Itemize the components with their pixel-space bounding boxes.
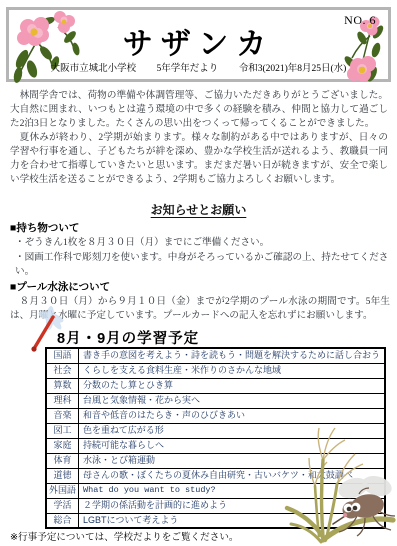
schedule-title: 8月・9月の学習予定 <box>57 327 199 348</box>
content-cell: ２学期の係活動を計画的に進めよう <box>79 498 386 513</box>
notice-heading: お知らせとお願い <box>0 201 397 218</box>
subject-cell: 学活 <box>46 498 79 513</box>
content-cell: 持続可能な暮らしへ <box>79 438 386 453</box>
subject-cell: 外国語 <box>46 483 79 498</box>
table-row: 総合 LGBTについて考えよう <box>46 513 385 528</box>
content-cell: 母さんの歌・ぼくたちの夏休み自由研究・古いバケツ・和太鼓調べ <box>79 468 386 483</box>
header-subline: 大阪市立城北小学校 5年学年だより 令和3(2021)年8月25日(水) <box>9 60 388 74</box>
newsletter-name: 5年学年だより <box>157 60 219 74</box>
subject-cell: 算数 <box>46 378 79 393</box>
content-cell: What do you want to study? <box>79 483 386 498</box>
belongings-line-1: ・ぞうきん1枚を８月３０日（月）までにご準備ください。 <box>10 236 390 251</box>
content-cell: 和音や低音のはたらき・声のひびきあい <box>79 408 386 423</box>
schedule-table: 国語 書き手の意図を考えよう・詩を読もう・問題を解決するために話し合おう 社会 … <box>45 347 386 529</box>
table-row: 道徳 母さんの歌・ぼくたちの夏休み自由研究・古いバケツ・和太鼓調べ <box>46 468 385 483</box>
subject-cell: 家庭 <box>46 438 79 453</box>
table-row: 理科 台風と気象情報・花から実へ <box>46 393 385 408</box>
content-cell: くらしを支える食料生産・米作りのさかんな地域 <box>79 363 386 378</box>
pool-paragraph: ８月３０日（月）から９月１０日（金）までが2学期のプール水泳の期間です。5年生は… <box>10 295 390 324</box>
content-cell: 台風と気象情報・花から実へ <box>79 393 386 408</box>
intro-text: 林間学舎では、荷物の準備や体調管理等、ご協力いただきありがとうございました。大自… <box>10 89 388 187</box>
content-cell: 書き手の意図を考えよう・詩を読もう・問題を解決するために話し合おう <box>79 348 386 363</box>
table-row: 国語 書き手の意図を考えよう・詩を読もう・問題を解決するために話し合おう <box>46 348 385 363</box>
content-cell: 水泳・とび箱運動 <box>79 453 386 468</box>
table-row: 社会 くらしを支える食料生産・米作りのさかんな地域 <box>46 363 385 378</box>
notice-sections: ■持ち物ついて ・ぞうきん1枚を８月３０日（月）までにご準備ください。 ・図画工… <box>10 221 390 324</box>
school-name: 大阪市立城北小学校 <box>51 60 137 74</box>
footer-note: ※行事予定については、学校だよりをご覧ください。 <box>10 529 239 543</box>
table-row: 体育 水泳・とび箱運動 <box>46 453 385 468</box>
newsletter-title: サザンカ <box>9 19 388 63</box>
table-row: 家庭 持続可能な暮らしへ <box>46 438 385 453</box>
subject-cell: 音楽 <box>46 408 79 423</box>
intro-paragraph-2: 夏休みが終わり、2学期が始まります。様々な制約がある中ではありますが、日々の学習… <box>10 131 388 187</box>
belongings-line-2: ・図画工作科で彫刻刀を使います。中身がそろっているかご確認の上、持たせてください… <box>10 251 390 280</box>
subject-cell: 理科 <box>46 393 79 408</box>
section-title-pool: ■プール水泳について <box>10 280 390 295</box>
table-row: 図工 色を重ねて広がる形 <box>46 423 385 438</box>
table-row: 音楽 和音や低音のはたらき・声のひびきあい <box>46 408 385 423</box>
schedule-table-body: 国語 書き手の意図を考えよう・詩を読もう・問題を解決するために話し合おう 社会 … <box>46 348 385 528</box>
section-title-belongings: ■持ち物ついて <box>10 221 390 236</box>
subject-cell: 図工 <box>46 423 79 438</box>
content-cell: 分数のたし算とひき算 <box>79 378 386 393</box>
issue-date: 令和3(2021)年8月25日(水) <box>239 60 347 74</box>
subject-cell: 体育 <box>46 453 79 468</box>
content-cell: 色を重ねて広がる形 <box>79 423 386 438</box>
subject-cell: 社会 <box>46 363 79 378</box>
table-row: 学活 ２学期の係活動を計画的に進めよう <box>46 498 385 513</box>
subject-cell: 総合 <box>46 513 79 528</box>
intro-paragraph-1: 林間学舎では、荷物の準備や体調管理等、ご協力いただきありがとうございました。大自… <box>10 89 388 131</box>
newsletter-header: NO. 6 サザンカ 大阪市立城北小学校 5年学年だより 令和3(2021)年8… <box>6 7 391 82</box>
subject-cell: 国語 <box>46 348 79 363</box>
table-row: 算数 分数のたし算とひき算 <box>46 378 385 393</box>
table-row: 外国語 What do you want to study? <box>46 483 385 498</box>
newsletter-page: NO. 6 サザンカ 大阪市立城北小学校 5年学年だより 令和3(2021)年8… <box>0 0 397 546</box>
subject-cell: 道徳 <box>46 468 79 483</box>
content-cell: LGBTについて考えよう <box>79 513 386 528</box>
